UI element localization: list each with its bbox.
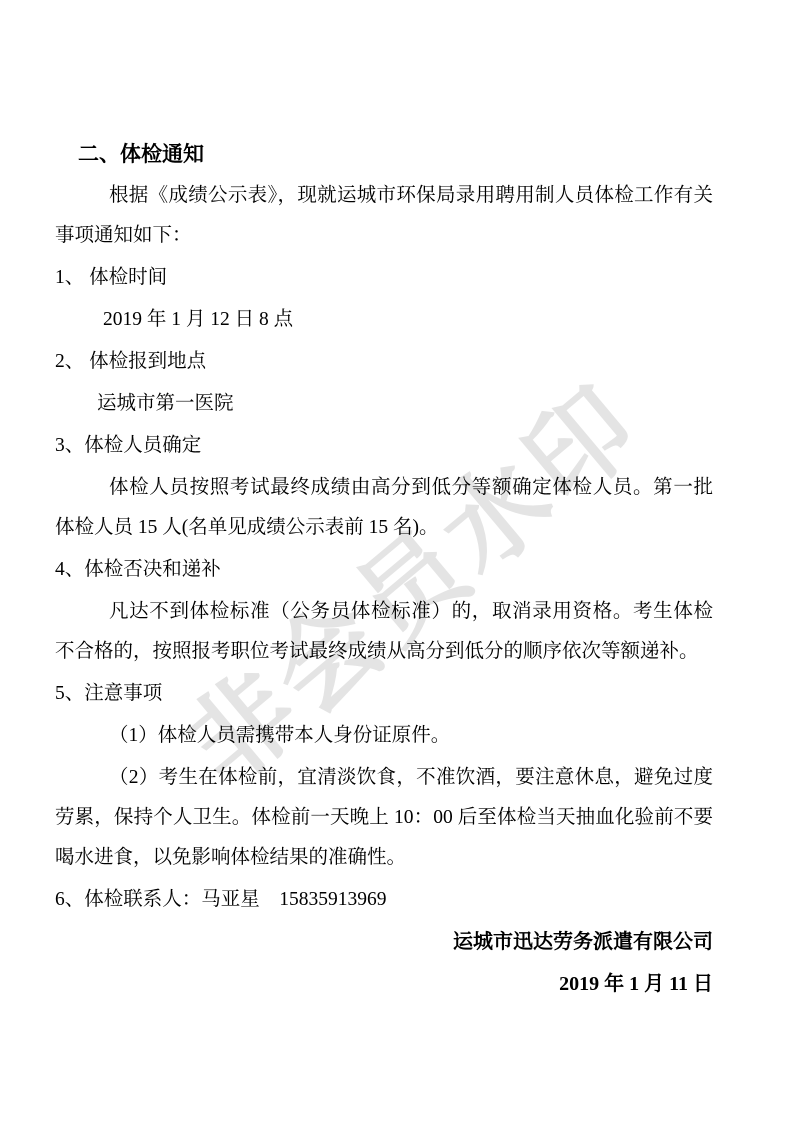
intro-paragraph: 根据《成绩公示表》，现就运城市环保局录用聘用制人员体检工作有关事项通知如下： (55, 176, 713, 256)
note2-paragraph: （2）考生在体检前，宜清淡饮食，不准饮酒，要注意休息，避免过度劳累，保持个人卫生… (55, 758, 713, 878)
document-page: 非会员水印 二、体检通知 根据《成绩公示表》，现就运城市环保局录用聘用制人员体检… (0, 0, 793, 1122)
item3-title: 3、体检人员确定 (55, 426, 713, 466)
item2-title: 2、 体检报到地点 (55, 342, 713, 382)
item5-title: 5、注意事项 (55, 674, 713, 714)
exam-location: 运城市第一医院 (55, 384, 713, 424)
company-signature: 运城市迅达劳务派遣有限公司 (55, 922, 713, 962)
notice-body: 二、体检通知 根据《成绩公示表》，现就运城市环保局录用聘用制人员体检工作有关事项… (0, 0, 793, 1004)
item6-contact: 6、体检联系人：马亚星 15835913969 (55, 880, 713, 920)
note1-paragraph: （1）体检人员需携带本人身份证原件。 (55, 716, 713, 756)
notice-heading: 二、体检通知 (55, 134, 713, 174)
item4-paragraph: 凡达不到体检标准（公务员体检标准）的，取消录用资格。考生体检不合格的，按照报考职… (55, 592, 713, 672)
item1-title: 1、 体检时间 (55, 258, 713, 298)
item3-paragraph: 体检人员按照考试最终成绩由高分到低分等额确定体检人员。第一批体检人员 15 人(… (55, 468, 713, 548)
notice-date: 2019 年 1 月 11 日 (55, 964, 713, 1004)
exam-time: 2019 年 1 月 12 日 8 点 (55, 300, 713, 340)
item4-title: 4、体检否决和递补 (55, 550, 713, 590)
